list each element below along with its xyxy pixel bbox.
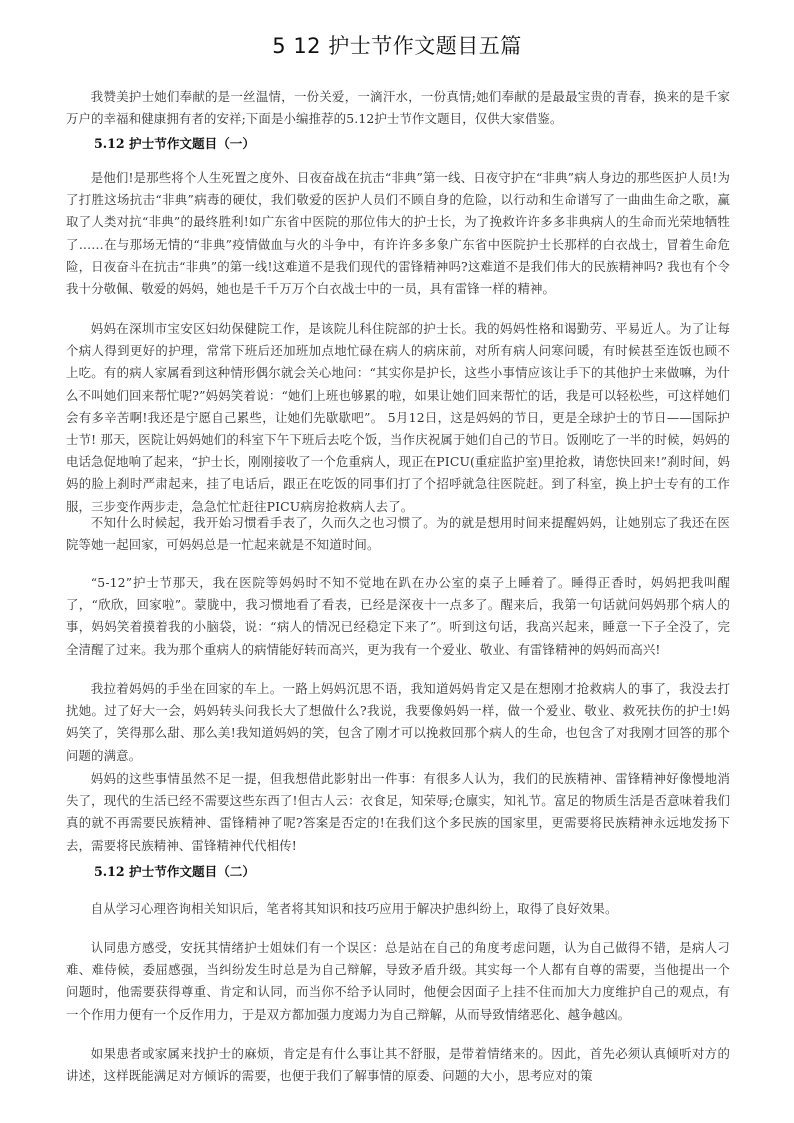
intro-block: 我赞美护士她们奉献的是一丝温情，一份关爱，一滴汗水，一份真情;她们奉献的是最最宝… <box>66 86 730 130</box>
section-1-paragraph-3: 不知什么时候起，我开始习惯看手表了，久而久之也习惯了。为的就是想用时间来提醒妈妈… <box>66 512 730 556</box>
section-1-paragraph-6: 妈妈的这些事情虽然不足一提，但我想借此影射出一件事：有很多人认为，我们的民族精神… <box>66 768 730 857</box>
section-2-paragraph-2: 认同患方感受，安抚其情绪护士姐妹们有一个误区：总是站在自己的角度考虑问题，认为自… <box>66 937 730 1026</box>
paragraph: 不知什么时候起，我开始习惯看手表了，久而久之也习惯了。为的就是想用时间来提醒妈妈… <box>66 512 730 556</box>
document-page: 5 12 护士节作文题目五篇 我赞美护士她们奉献的是一丝温情，一份关爱，一滴汗水… <box>0 0 794 1123</box>
section-2-paragraph-1: 自从学习心理咨询相关知识后，笔者将其知识和技巧应用于解决护患纠纷上，取得了良好效… <box>66 898 730 920</box>
section-heading-1: 5.12 护士节作文题目（一） <box>94 134 255 154</box>
paragraph: 是他们!是那些将个人生死置之度外、日夜奋战在抗击“非典”第一线、日夜守护在“非典… <box>66 167 730 300</box>
document-title: 5 12 护士节作文题目五篇 <box>0 30 794 60</box>
paragraph: 我拉着妈妈的手坐在回家的车上。一路上妈妈沉思不语，我知道妈妈肯定又是在想刚才抢救… <box>66 678 730 767</box>
paragraph: 自从学习心理咨询相关知识后，笔者将其知识和技巧应用于解决护患纠纷上，取得了良好效… <box>66 898 730 920</box>
section-2-paragraph-3: 如果患者或家属来找护士的麻烦，肯定是有什么事让其不舒服，是带着情绪来的。因此，首… <box>66 1043 730 1087</box>
section-1-paragraph-2: 妈妈在深圳市宝安区妇幼保健院工作，是该院儿科住院部的护士长。我的妈妈性格和谒勤劳… <box>66 318 730 518</box>
section-1-paragraph-4: “5-12”护士节那天，我在医院等妈妈时不知不觉地在趴在办公室的桌子上睡着了。睡… <box>66 572 730 661</box>
paragraph: “5-12”护士节那天，我在医院等妈妈时不知不觉地在趴在办公室的桌子上睡着了。睡… <box>66 572 730 661</box>
section-1-paragraph-5: 我拉着妈妈的手坐在回家的车上。一路上妈妈沉思不语，我知道妈妈肯定又是在想刚才抢救… <box>66 678 730 767</box>
section-heading-2: 5.12 护士节作文题目（二） <box>94 862 255 882</box>
paragraph: 如果患者或家属来找护士的麻烦，肯定是有什么事让其不舒服，是带着情绪来的。因此，首… <box>66 1043 730 1087</box>
section-1-paragraph-1: 是他们!是那些将个人生死置之度外、日夜奋战在抗击“非典”第一线、日夜守护在“非典… <box>66 167 730 300</box>
intro-paragraph: 我赞美护士她们奉献的是一丝温情，一份关爱，一滴汗水，一份真情;她们奉献的是最最宝… <box>66 86 730 130</box>
paragraph: 认同患方感受，安抚其情绪护士姐妹们有一个误区：总是站在自己的角度考虑问题，认为自… <box>66 937 730 1026</box>
paragraph: 妈妈的这些事情虽然不足一提，但我想借此影射出一件事：有很多人认为，我们的民族精神… <box>66 768 730 857</box>
paragraph: 妈妈在深圳市宝安区妇幼保健院工作，是该院儿科住院部的护士长。我的妈妈性格和谒勤劳… <box>66 318 730 518</box>
